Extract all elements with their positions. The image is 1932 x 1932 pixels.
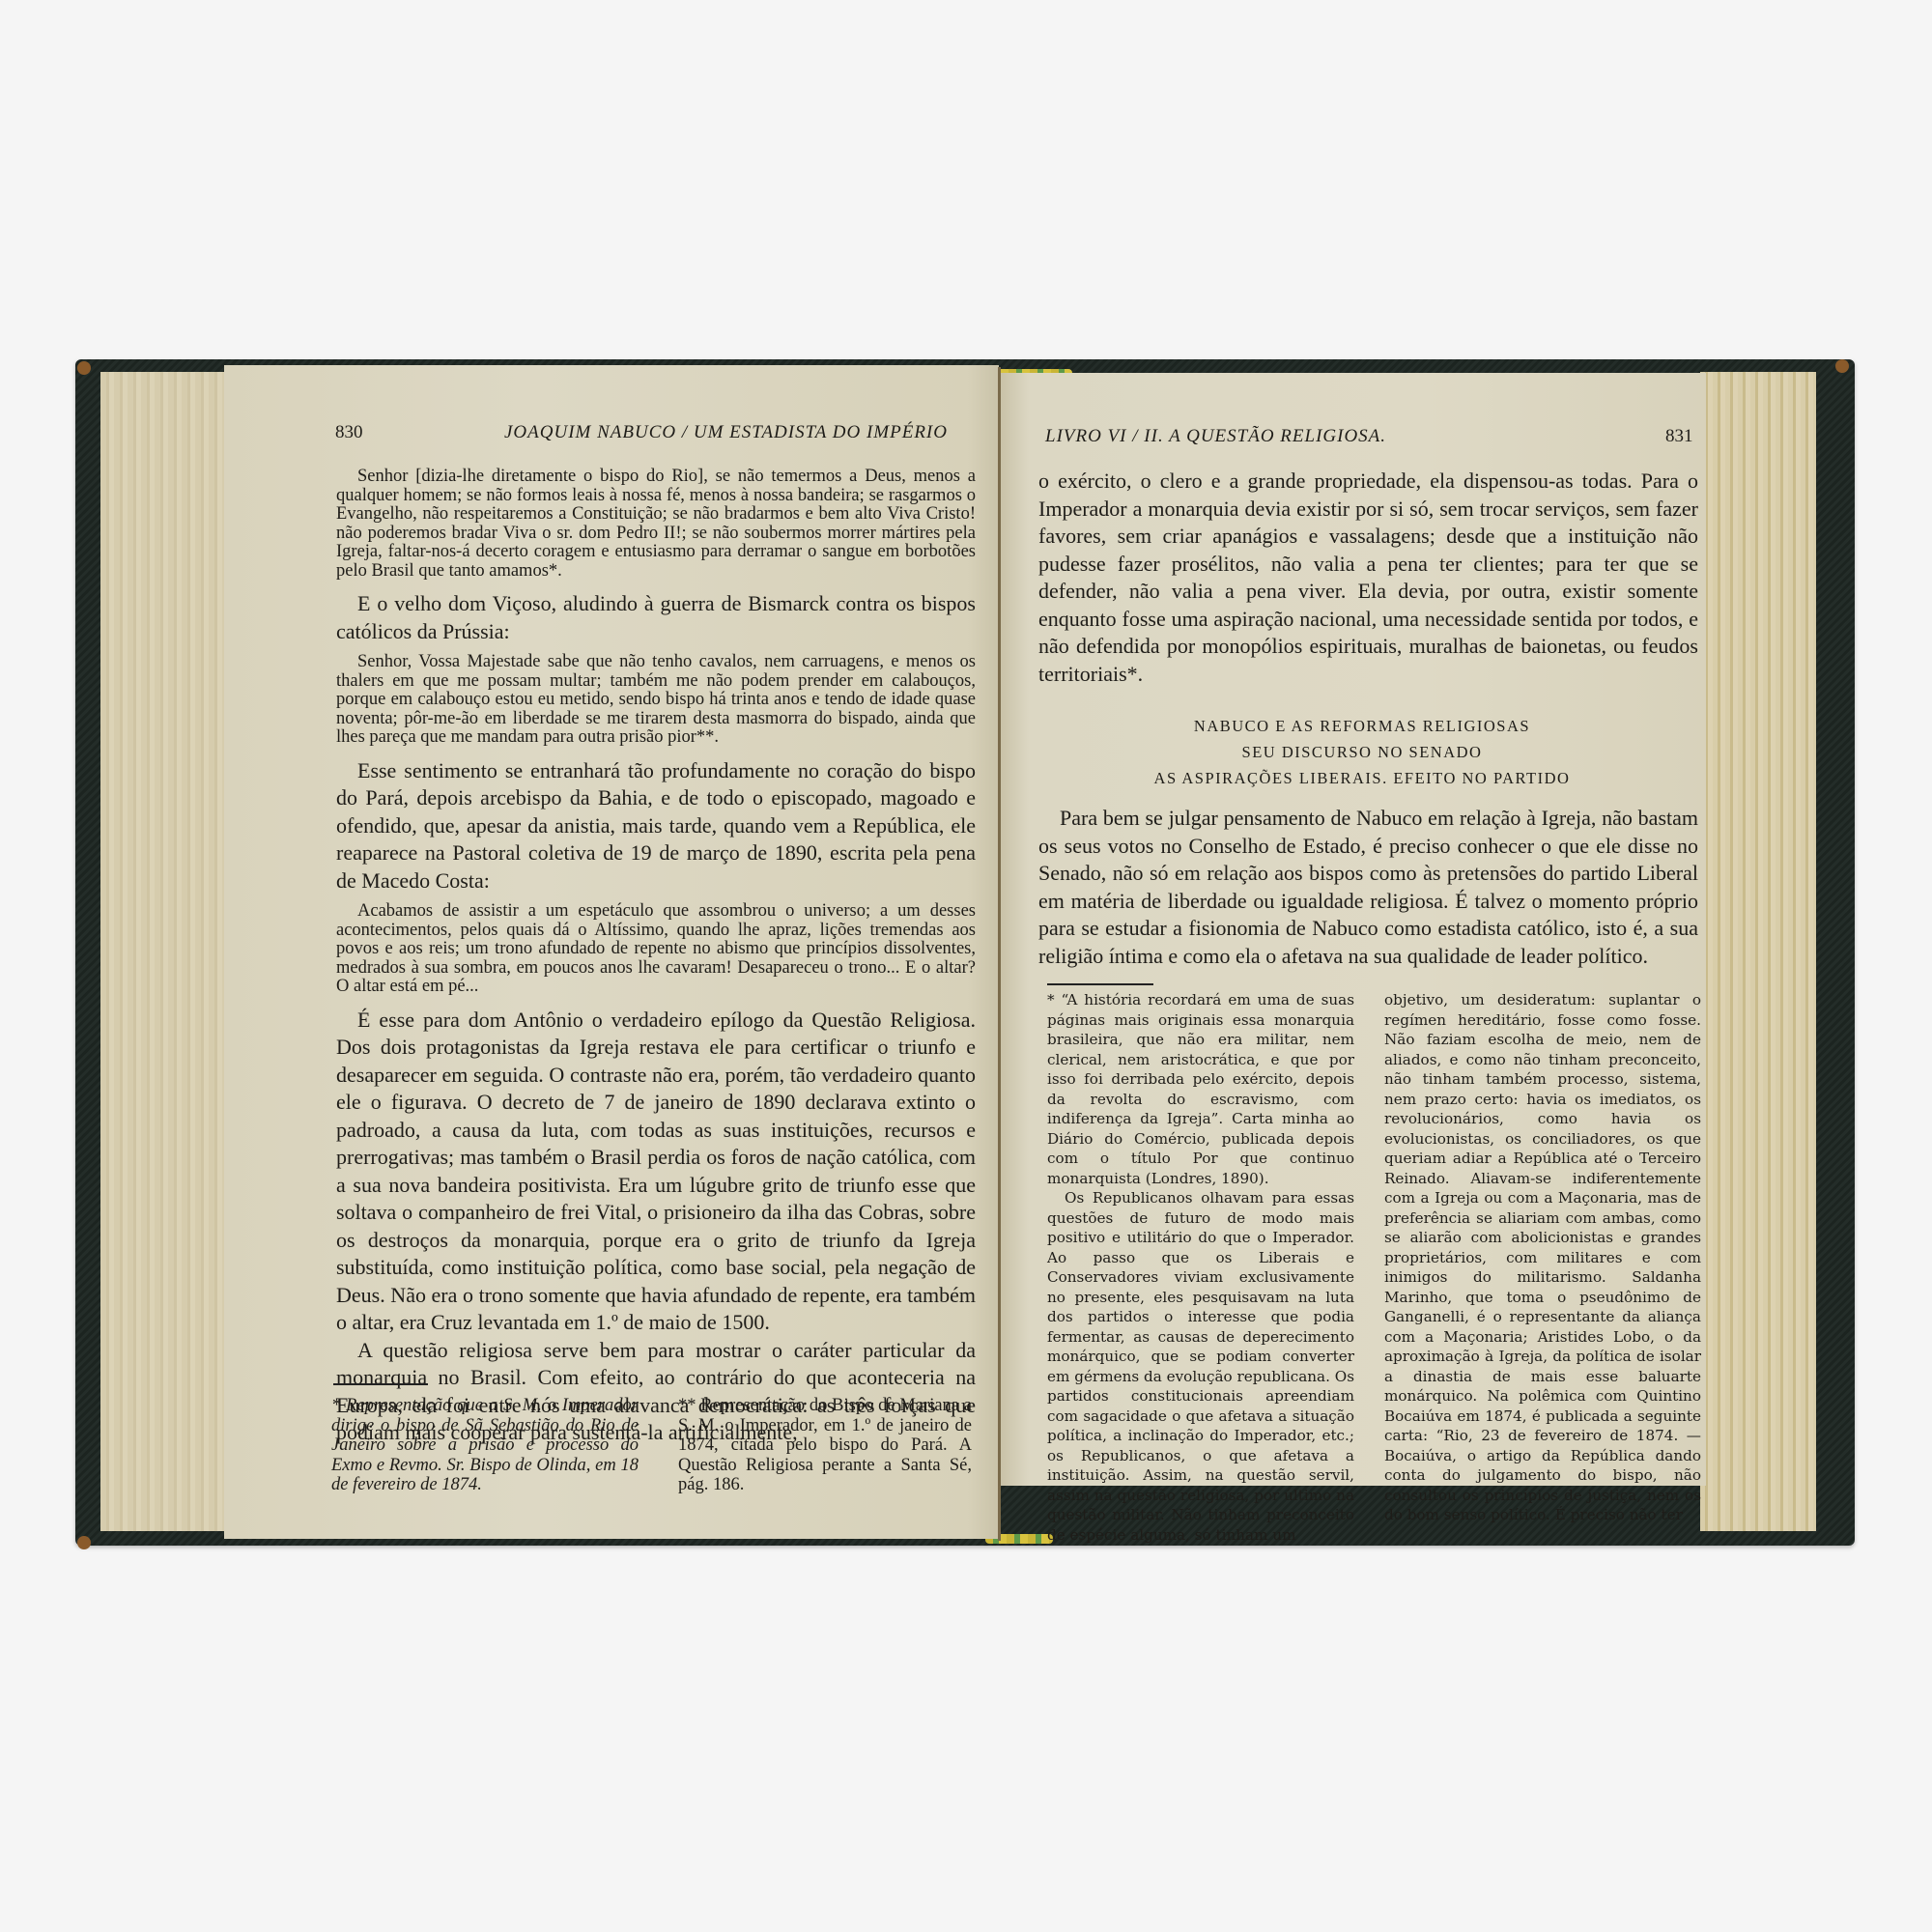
footnote-continuation: objetivo, um desideratum: suplantar o re… [1384,990,1701,1525]
footnote-star: * “A história recordará em uma de suas p… [1047,990,1354,1188]
section-heading: NABUCO E AS REFORMAS RELIGIOSAS SEU DISC… [1053,713,1671,791]
right-page-intro: o exército, o clero e a grande proprieda… [1038,468,1698,688]
paragraph: É esse para dom Antônio o verdadeiro epí… [336,1007,976,1337]
footnote-rule-right [1047,983,1153,985]
cover-corner-bl [77,1536,91,1549]
book-gutter [998,367,1001,1541]
cover-corner-tl [77,361,91,375]
page-number-left: 830 [335,422,363,443]
section-heading-line-2: SEU DISCURSO NO SENADO [1053,739,1671,765]
footnote-column-2: objetivo, um desideratum: suplantar o re… [1384,990,1701,1525]
cover-corner-tr [1835,359,1849,373]
footnote-continuation: Os Republicanos olhavam para essas quest… [1047,1188,1354,1545]
running-head-right: LIVRO VI / II. A QUESTÃO RELIGIOSA. [1045,426,1386,447]
footnote-column-1: * “A história recordará em uma de suas p… [1047,990,1354,1545]
quote-dom-vicoso: Senhor, Vossa Majestade sabe que não ten… [336,653,976,748]
page-number-right: 831 [1665,426,1693,447]
paragraph: Para bem se julgar pensamento de Nabuco … [1038,805,1698,970]
quote-pastoral: Acabamos de assistir a um espetáculo que… [336,902,976,997]
footnote-1: * Representação que a S. M. o Imperador … [331,1396,639,1495]
right-page-edges [1700,372,1816,1531]
paragraph: Esse sentimento se entranhará tão profun… [336,757,976,895]
paragraph: o exército, o clero e a grande proprieda… [1038,468,1698,688]
left-page-edges [100,372,226,1531]
footnote-2: ** Representação do Bispo de Mariana a S… [678,1396,972,1495]
section-heading-line-1: NABUCO E AS REFORMAS RELIGIOSAS [1053,713,1671,739]
running-head-left: JOAQUIM NABUCO / UM ESTADISTA DO IMPÉRIO [504,422,948,443]
section-heading-line-3: AS ASPIRAÇÕES LIBERAIS. EFEITO NO PARTID… [1053,765,1671,791]
quote-bishop-rio: Senhor [dizia-lhe diretamente o bispo do… [336,468,976,581]
paragraph: E o velho dom Viçoso, aludindo à guerra … [336,590,976,645]
right-page-section-text: Para bem se julgar pensamento de Nabuco … [1038,805,1698,970]
footnote-rule-left [333,1383,428,1385]
left-page-body: Senhor [dizia-lhe diretamente o bispo do… [336,468,976,1447]
